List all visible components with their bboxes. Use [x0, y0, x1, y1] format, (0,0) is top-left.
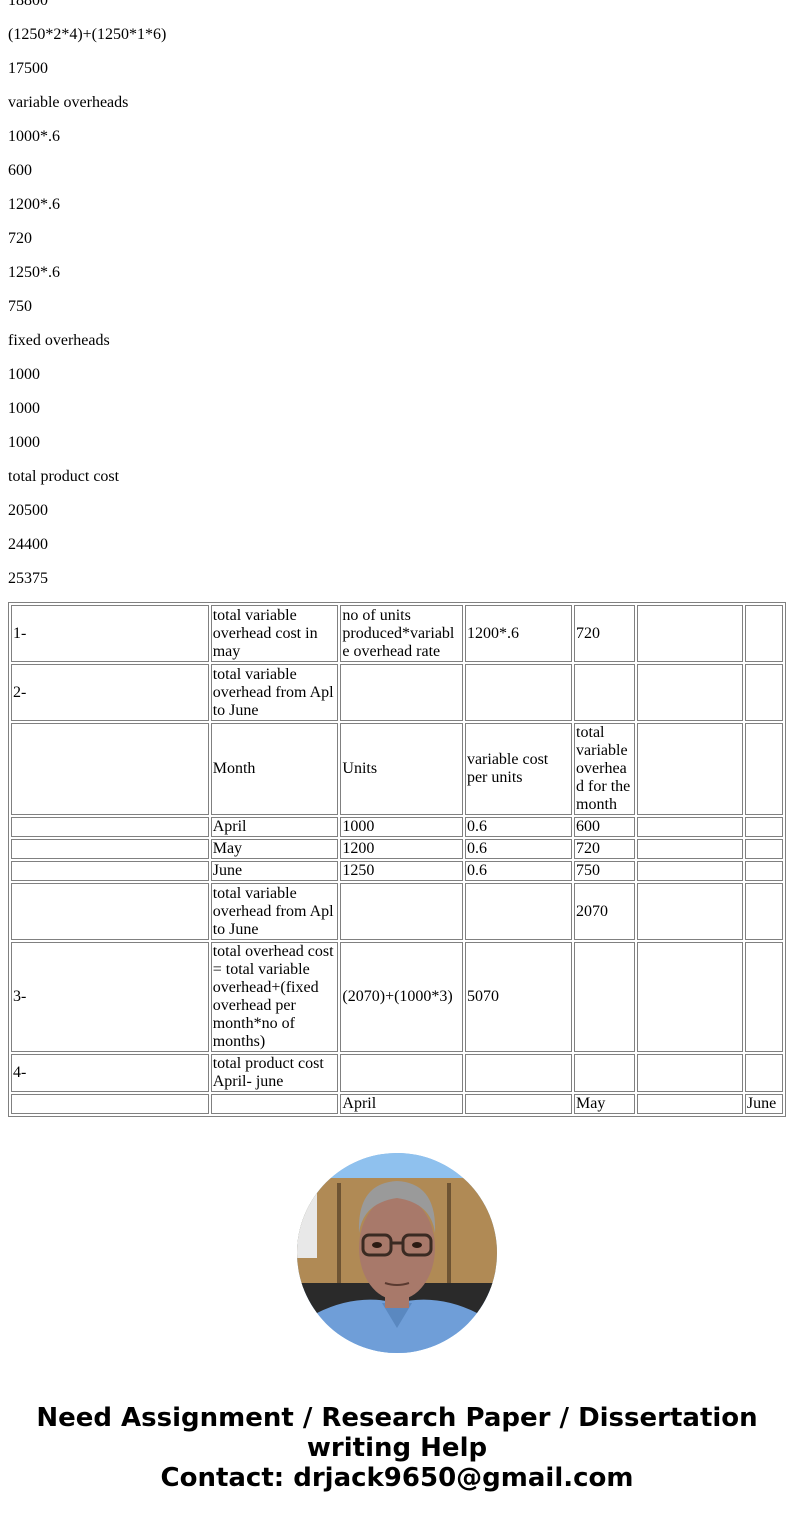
- table-cell: May: [211, 839, 339, 859]
- text-line: 24400: [8, 528, 166, 562]
- table-cell: [637, 664, 743, 721]
- table-cell: total variable overhead from Apl to June: [211, 883, 339, 940]
- table-cell: [11, 839, 209, 859]
- text-line: 18800: [8, 0, 166, 18]
- table-cell: 750: [574, 861, 635, 881]
- table-cell: Units: [340, 723, 463, 815]
- table-cell: [574, 1054, 635, 1092]
- table-cell: June: [745, 1094, 783, 1114]
- table-cell: [745, 664, 783, 721]
- table-cell: [637, 817, 743, 837]
- table-cell: [637, 723, 743, 815]
- table-body: 1-total variable overhead cost in mayno …: [11, 605, 783, 1114]
- text-line: 17500: [8, 52, 166, 86]
- table-cell: 5070: [465, 942, 572, 1052]
- table-cell: [745, 883, 783, 940]
- table-cell: [211, 1094, 339, 1114]
- text-line: 1000: [8, 426, 166, 460]
- table-row: May12000.6720: [11, 839, 783, 859]
- table-row: AprilMayJune: [11, 1094, 783, 1114]
- table-cell: [745, 817, 783, 837]
- table-cell: [11, 1094, 209, 1114]
- text-line: 25375: [8, 562, 166, 596]
- table-cell: 720: [574, 605, 635, 662]
- calculation-lines: 18800 (1250*2*4)+(1250*1*6) 17500 variab…: [8, 0, 166, 596]
- table-row: 1-total variable overhead cost in mayno …: [11, 605, 783, 662]
- table-row: June12500.6750: [11, 861, 783, 881]
- table-cell: [745, 839, 783, 859]
- table-cell: 2070: [574, 883, 635, 940]
- table-cell: [637, 839, 743, 859]
- table-cell: April: [340, 1094, 463, 1114]
- overhead-calculation-table: 1-total variable overhead cost in mayno …: [8, 602, 786, 1117]
- table-cell: [745, 605, 783, 662]
- table-cell: total variable overhead cost in may: [211, 605, 339, 662]
- table-cell: [637, 1094, 743, 1114]
- table-cell: May: [574, 1094, 635, 1114]
- table-cell: 0.6: [465, 861, 572, 881]
- promo-banner: Need Assignment / Research Paper / Disse…: [0, 1403, 794, 1493]
- table-cell: June: [211, 861, 339, 881]
- table-cell: total overhead cost = total variable ove…: [211, 942, 339, 1052]
- promo-contact[interactable]: Contact: drjack9650@gmail.com: [0, 1463, 794, 1493]
- text-line: 600: [8, 154, 166, 188]
- table-cell: [745, 1054, 783, 1092]
- table-cell: 1200: [340, 839, 463, 859]
- table-cell: 1250: [340, 861, 463, 881]
- table-cell: [340, 664, 463, 721]
- overhead-calculation-table-wrapper: 1-total variable overhead cost in mayno …: [8, 602, 786, 1123]
- table-cell: total variable overhead from Apl to June: [211, 664, 339, 721]
- table-cell: [745, 861, 783, 881]
- text-line: 1000*.6: [8, 120, 166, 154]
- table-cell: [340, 883, 463, 940]
- table-cell: 1-: [11, 605, 209, 662]
- table-cell: 1200*.6: [465, 605, 572, 662]
- table-cell: [637, 942, 743, 1052]
- table-cell: [11, 723, 209, 815]
- table-cell: Month: [211, 723, 339, 815]
- table-cell: [637, 1054, 743, 1092]
- table-cell: [11, 817, 209, 837]
- table-row: MonthUnitsvariable cost per unitstotal v…: [11, 723, 783, 815]
- person-portrait-icon: [297, 1153, 497, 1353]
- table-cell: (2070)+(1000*3): [340, 942, 463, 1052]
- text-line: 1000: [8, 358, 166, 392]
- table-cell: [637, 883, 743, 940]
- table-cell: [11, 883, 209, 940]
- table-row: April10000.6600: [11, 817, 783, 837]
- text-line: fixed overheads: [8, 324, 166, 358]
- table-cell: [11, 861, 209, 881]
- table-cell: [637, 605, 743, 662]
- table-row: 4-total product cost April- june: [11, 1054, 783, 1092]
- table-cell: 0.6: [465, 817, 572, 837]
- table-cell: April: [211, 817, 339, 837]
- text-line: variable overheads: [8, 86, 166, 120]
- table-cell: [745, 723, 783, 815]
- table-cell: [340, 1054, 463, 1092]
- table-cell: 600: [574, 817, 635, 837]
- table-cell: 1000: [340, 817, 463, 837]
- text-line: (1250*2*4)+(1250*1*6): [8, 18, 166, 52]
- table-cell: 2-: [11, 664, 209, 721]
- table-cell: 720: [574, 839, 635, 859]
- table-cell: total variable overhead for the month: [574, 723, 635, 815]
- table-cell: [745, 942, 783, 1052]
- table-cell: variable cost per units: [465, 723, 572, 815]
- table-row: total variable overhead from Apl to June…: [11, 883, 783, 940]
- table-cell: [465, 1054, 572, 1092]
- table-cell: [574, 664, 635, 721]
- text-line: 20500: [8, 494, 166, 528]
- promo-line-2: writing Help: [0, 1433, 794, 1463]
- table-cell: [637, 861, 743, 881]
- author-avatar: [297, 1153, 497, 1353]
- table-cell: 4-: [11, 1054, 209, 1092]
- text-line: 720: [8, 222, 166, 256]
- table-cell: total product cost April- june: [211, 1054, 339, 1092]
- table-cell: 3-: [11, 942, 209, 1052]
- text-line: 1000: [8, 392, 166, 426]
- table-cell: [465, 1094, 572, 1114]
- table-cell: [465, 664, 572, 721]
- table-cell: [574, 942, 635, 1052]
- text-line: total product cost: [8, 460, 166, 494]
- table-cell: [465, 883, 572, 940]
- text-line: 1250*.6: [8, 256, 166, 290]
- table-row: 2-total variable overhead from Apl to Ju…: [11, 664, 783, 721]
- text-line: 1200*.6: [8, 188, 166, 222]
- table-cell: no of units produced*variable overhead r…: [340, 605, 463, 662]
- text-line: 750: [8, 290, 166, 324]
- table-cell: 0.6: [465, 839, 572, 859]
- table-row: 3-total overhead cost = total variable o…: [11, 942, 783, 1052]
- promo-line-1: Need Assignment / Research Paper / Disse…: [0, 1403, 794, 1433]
